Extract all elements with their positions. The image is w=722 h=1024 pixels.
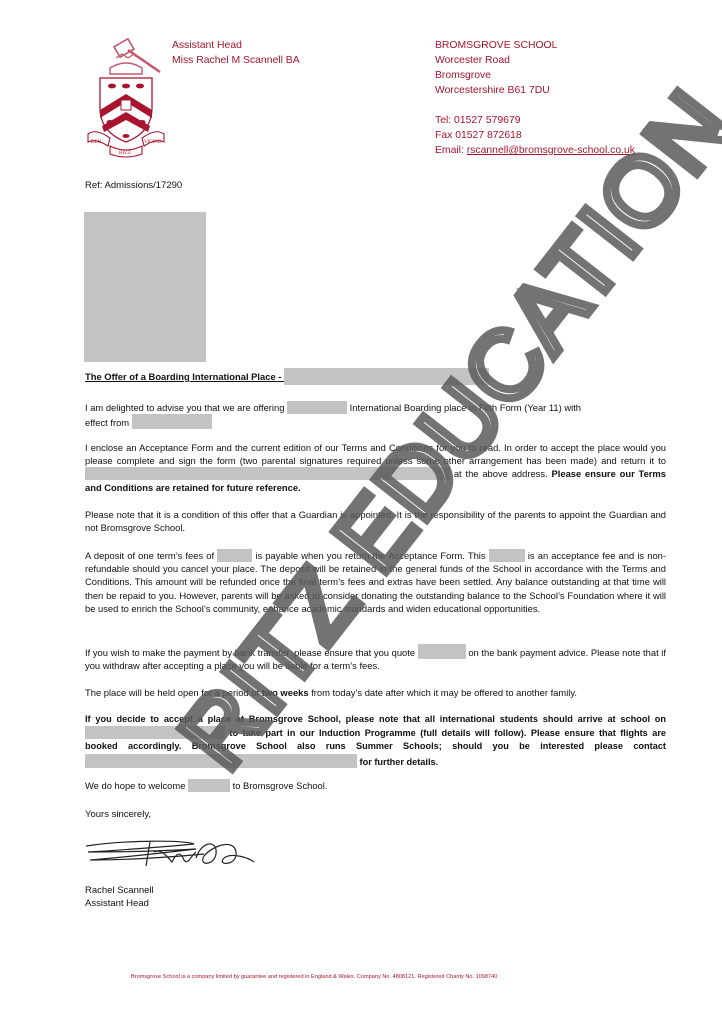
sender-name: Miss Rachel M Scannell BA bbox=[172, 53, 300, 68]
signer: Rachel Scannell Assistant Head bbox=[85, 884, 154, 911]
signer-role: Assistant Head bbox=[85, 897, 154, 910]
sender-role: Assistant Head bbox=[172, 38, 300, 53]
paragraph-welcome: We do hope to welcome to Bromsgrove Scho… bbox=[85, 779, 666, 792]
school-crest-logo: DEO VICINO REGI bbox=[86, 36, 166, 158]
paragraph-offer: I am delighted to advise you that we are… bbox=[85, 401, 666, 429]
redacted-offer-type bbox=[287, 401, 347, 414]
paragraph-guardian: Please note that it is a condition of th… bbox=[85, 508, 666, 534]
address-county-postcode: Worcestershire B61 7DU bbox=[435, 83, 635, 98]
email-link[interactable]: rscannell@bromsgrove-school.co.uk bbox=[467, 145, 635, 156]
redacted-student-name bbox=[284, 368, 489, 385]
redacted-acceptance-fee bbox=[489, 549, 525, 562]
fax: Fax 01527 872618 bbox=[435, 128, 635, 143]
address-street: Worcester Road bbox=[435, 53, 635, 68]
paragraph-arrival-induction: If you decide to accept a place at Broms… bbox=[85, 713, 666, 769]
footer-legal: Bromsgrove School is a company limited b… bbox=[131, 974, 651, 980]
signature bbox=[84, 836, 264, 872]
crest-icon: DEO VICINO REGI bbox=[86, 36, 166, 158]
letterhead-address: BROMSGROVE SCHOOL Worcester Road Bromsgr… bbox=[435, 38, 635, 158]
email-label: Email: bbox=[435, 145, 467, 156]
redacted-start-date bbox=[132, 414, 212, 429]
signer-name: Rachel Scannell bbox=[85, 884, 154, 897]
paragraph-bank-transfer: If you wish to make the payment by bank … bbox=[85, 644, 666, 672]
svg-text:DEO: DEO bbox=[91, 140, 102, 145]
closing: Yours sincerely, bbox=[85, 808, 151, 821]
redacted-recipient-address bbox=[84, 212, 206, 362]
paragraph-deposit: A deposit of one term’s fees of is payab… bbox=[85, 549, 666, 615]
telephone: Tel: 01527 579679 bbox=[435, 113, 635, 128]
paragraph-acceptance-form: I enclose an Acceptance Form and the cur… bbox=[85, 441, 666, 494]
redacted-deposit-amount bbox=[217, 549, 252, 562]
svg-text:REGI: REGI bbox=[119, 151, 131, 156]
email-line: Email: rscannell@bromsgrove-school.co.uk bbox=[435, 143, 635, 158]
redacted-student-first-name bbox=[188, 779, 230, 792]
signature-icon bbox=[84, 836, 264, 872]
redacted-arrival-date bbox=[85, 726, 225, 739]
paragraph-hold-period: The place will be held open for a period… bbox=[85, 686, 666, 699]
letter-title: The Offer of a Boarding International Pl… bbox=[85, 368, 489, 385]
redacted-summer-school-contact bbox=[85, 754, 357, 768]
address-town: Bromsgrove bbox=[435, 68, 635, 83]
school-name: BROMSGROVE SCHOOL bbox=[435, 38, 635, 53]
reference: Ref: Admissions/17290 bbox=[85, 179, 182, 192]
redacted-return-contact bbox=[85, 467, 450, 480]
svg-text:VICINO: VICINO bbox=[144, 140, 162, 145]
letterhead-sender: Assistant Head Miss Rachel M Scannell BA bbox=[172, 38, 300, 68]
watermark: RITZ EDUCATION bbox=[159, 71, 722, 790]
redacted-payment-reference bbox=[418, 644, 466, 659]
title-text: The Offer of a Boarding International Pl… bbox=[85, 371, 284, 382]
